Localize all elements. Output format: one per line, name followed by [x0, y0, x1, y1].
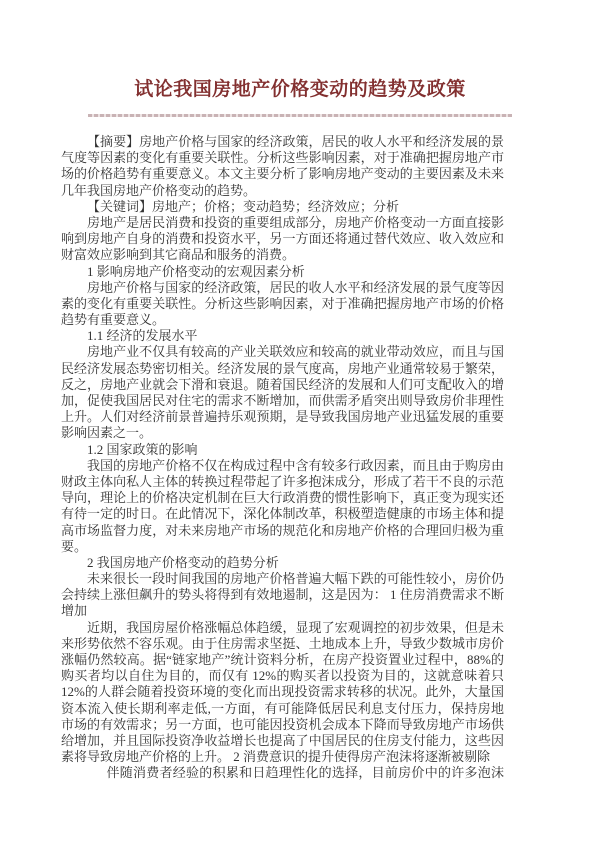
text-line: 上升。人们对经济前景普遍持乐观预期，是导致我国房地产业迅猛发展的重要 [61, 409, 504, 425]
text-line: 有待一定的时日。在此情况下，深化体制改革，积极塑造健康的市场主体和提 [61, 506, 504, 522]
section-2-paragraph-1: 未来很长一段时间我国的房地产价格普遍大幅下跌的可能性较小，房价仍会持续上涨但飙升… [61, 571, 504, 620]
section-2-paragraph-2: 近期，我国房屋价格涨幅总体趋缓，显现了宏观调控的初步效果，但是未来形势依然不容乐… [61, 620, 504, 766]
text-line: 【摘要】房地产价格与国家的经济政策，居民的收人水平和经济发展的景 [61, 134, 504, 150]
section-1-1-paragraph: 房地产业不仅具有较高的产业关联效应和较高的就业带动效应，而且与国民经济发展态势密… [61, 344, 504, 441]
closing-paragraph: 伴随消费者经验的积累和日趋理性化的选择，目前房价中的许多泡沫将逐 [61, 765, 504, 781]
text-line: 响到房地产自身的消费和投资水平，另一方面还将通过替代效应、收入效应和 [61, 231, 504, 247]
text-line: 近期，我国房屋价格涨幅总体趋缓，显现了宏观调控的初步效果，但是未 [61, 620, 504, 636]
text-line: 来形势依然不容乐观。由于住房需求坚挺、土地成本上升，导致少数城市房价 [61, 636, 504, 652]
text-line: 加，促使我国居民对住宅的需求不断增加，而供需矛盾突出则导致房价非理性 [61, 393, 504, 409]
text-line: 民经济发展态势密切相关。经济发展的景气度高，房地产业通常较易于繁荣， [61, 361, 504, 377]
text-line: 涨幅仍然较高。据“链家地产”统计资料分析，在房产投资置业过程中，88%的 [61, 652, 504, 668]
text-line: 1.1 经济的发展水平 [61, 328, 504, 344]
text-line: 1.2 国家政策的影响 [61, 442, 504, 458]
text-line: 增加 [61, 603, 504, 619]
section-1-paragraph: 房地产价格与国家的经济政策，居民的收人水平和经济发展的景气度等因素的变化有重要关… [61, 280, 504, 329]
text-line: 要。 [61, 539, 504, 555]
text-line: 素的变化有重要关联性。分析这些影响因素，对于准确把握房地产市场的价格 [61, 296, 504, 312]
text-line: 财富效应影响到其它商品和服务的消费。 [61, 247, 504, 263]
heading-section-1: 1 影响房地产价格变动的宏观因素分析 [61, 264, 504, 280]
abstract-paragraph: 【摘要】房地产价格与国家的经济政策，居民的收人水平和经济发展的景气度等因素的变化… [61, 134, 504, 199]
text-line: 导向，理论上的价格决定机制在巨大行政消费的惯性影响下，真正变为现实还 [61, 490, 504, 506]
article-body: 【摘要】房地产价格与国家的经济政策，居民的收人水平和经济发展的景气度等因素的变化… [61, 134, 504, 782]
text-line: 【关键词】房地产；价格；变动趋势；经济效应；分析 [61, 199, 504, 215]
text-line: 购买者均以自住为目的，而仅有 12%的购买者以投资为目的，这就意味着只有 [61, 668, 504, 684]
text-line: 影响因素之一。 [61, 425, 504, 441]
text-line: 房地产业不仅具有较高的产业关联效应和较高的就业带动效应，而且与国 [61, 344, 504, 360]
text-line: 几年我国房地产价格变动的趋势。 [61, 183, 504, 199]
text-line: 资本流入使长期利率走低,一方面，有可能降低居民利息支付压力，保持房地产 [61, 701, 504, 717]
text-line: 会持续上涨但飙升的势头将得到有效地遏制，这是因为： 1 住房消费需求不断 [61, 587, 504, 603]
heading-section-1-2: 1.2 国家政策的影响 [61, 442, 504, 458]
text-line: 财政主体向私人主体的转换过程带起了许多抱沫成分，形成了若干不良的示范 [61, 474, 504, 490]
text-line: 2 我国房地产价格变动的趋势分析 [61, 555, 504, 571]
heading-section-2: 2 我国房地产价格变动的趋势分析 [61, 555, 504, 571]
section-1-2-paragraph: 我国的房地产价格不仅在构成过程中含有较多行政因素，而且由于购房由财政主体向私人主… [61, 458, 504, 555]
text-line: 12%的人群会随着投资环境的变化而出现投资需求转移的状况。此外，大量国际 [61, 684, 504, 700]
text-line: 房地产价格与国家的经济政策，居民的收人水平和经济发展的景气度等因 [61, 280, 504, 296]
text-line: 房地产是居民消费和投资的重要组成部分，房地产价格变动一方面直接影 [61, 215, 504, 231]
text-line: 给增加，并且国际投资净收益增长也提高了中国居民的住房支付能力，这些因 [61, 733, 504, 749]
heading-section-1-1: 1.1 经济的发展水平 [61, 328, 504, 344]
text-line: 趋势有重要意义。 [61, 312, 504, 328]
text-line: 我国的房地产价格不仅在构成过程中含有较多行政因素，而且由于购房由 [61, 458, 504, 474]
text-line: 高市场监督力度，对未来房地产市场的规范化和房地产价格的合理回归极为重 [61, 523, 504, 539]
intro-paragraph: 房地产是居民消费和投资的重要组成部分，房地产价格变动一方面直接影响到房地产自身的… [61, 215, 504, 264]
text-line: 伴随消费者经验的积累和日趋理性化的选择，目前房价中的许多泡沫将逐 [61, 765, 504, 781]
text-line: 未来很长一段时间我国的房地产价格普遍大幅下跌的可能性较小，房价仍 [61, 571, 504, 587]
text-line: 气度等因素的变化有重要关联性。分析这些影响因素，对于准确把握房地产市 [61, 150, 504, 166]
text-line: 1 影响房地产价格变动的宏观因素分析 [61, 264, 504, 280]
text-line: 场的价格趋势有重要意义。本文主要分析了影响房地产变动的主要因素及未来 [61, 166, 504, 182]
title-divider-rule [88, 114, 512, 117]
keywords-line: 【关键词】房地产；价格；变动趋势；经济效应；分析 [61, 199, 504, 215]
document-page: 试论我国房地产价格变动的趋势及政策 【摘要】房地产价格与国家的经济政策，居民的收… [0, 0, 600, 850]
document-title: 试论我国房地产价格变动的趋势及政策 [0, 74, 600, 101]
text-line: 市场的有效需求；另一方面，也可能因投资机会成本下降而导致房地产市场供 [61, 717, 504, 733]
text-line: 反之，房地产业就会下滑和衰退。随着国民经济的发展和人们可支配收入的增 [61, 377, 504, 393]
text-line: 素将导致房地产价格的上升。 2 消费意识的提升使得房产泡沫将逐渐被剔除 [61, 749, 504, 765]
